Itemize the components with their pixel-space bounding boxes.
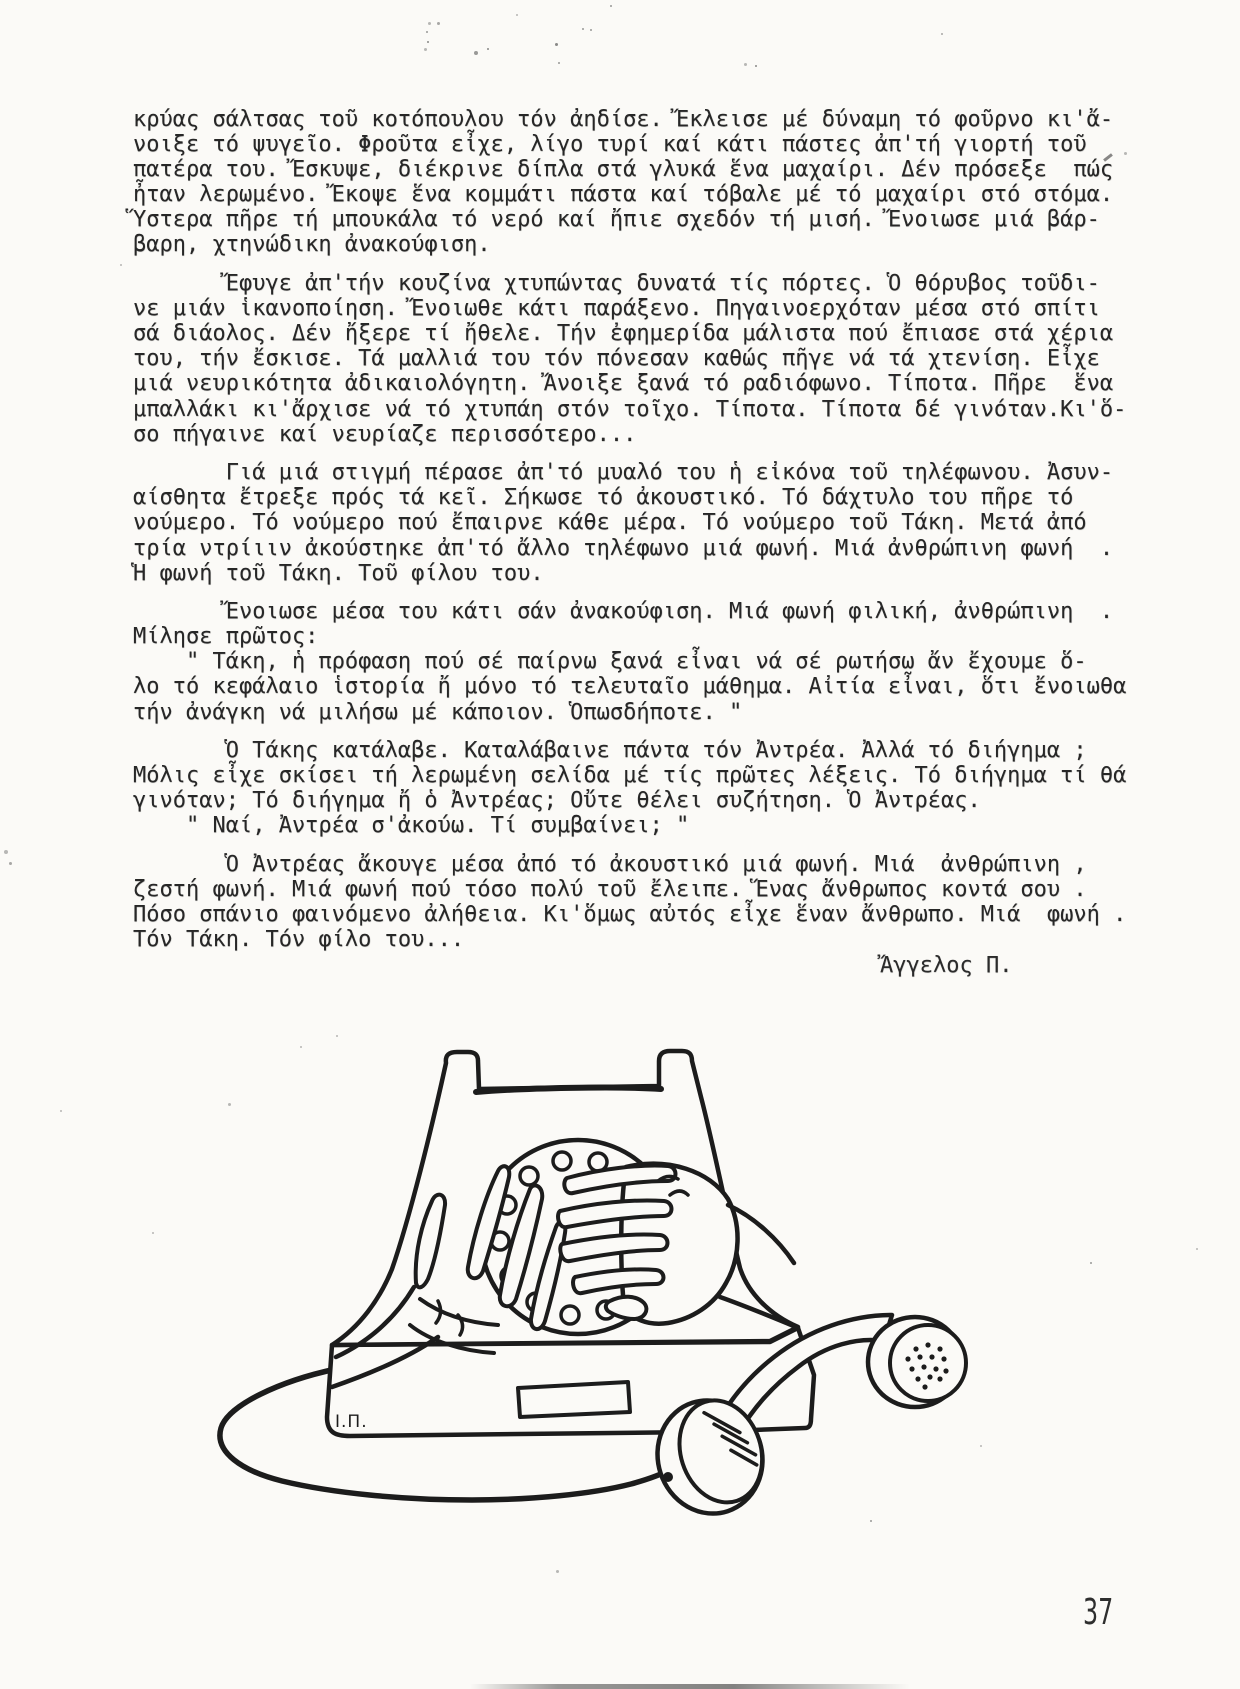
text-line: τήν ἀνάγκη νά μιλήσω μέ κάποιον. Ὁπωσδήπ…: [133, 700, 1126, 725]
scan-speck: [1196, 1248, 1198, 1250]
text-line: του, τήν ἔσκισε. Τά μαλλιά του τόν πόνεσ…: [133, 346, 1126, 371]
text-line: Τόν Τάκη. Τόν φίλο του...: [133, 927, 1126, 952]
scan-edge-artifact: [470, 1684, 910, 1689]
text-line: Γιά μιά στιγμή πέρασε ἀπ'τό μυαλό του ἡ …: [133, 460, 1126, 485]
text-line: πατέρα του. Ἔσκυψε, διέκρινε δίπλα στά γ…: [133, 157, 1126, 182]
text-line: Πόσο σπάνιο φαινόμενο ἀλήθεια. Κι'ὅμως α…: [133, 902, 1126, 927]
scan-speck: [590, 29, 592, 31]
base-label-slot: [518, 1382, 630, 1417]
scan-speck: [120, 264, 122, 266]
text-line: Μόλις εἶχε σκίσει τή λερωμένη σελίδα μέ …: [133, 763, 1126, 788]
text-line: αίσθητα ἔτρεξε πρός τά κεῖ. Σήκωσε τό ἀκ…: [133, 485, 1126, 510]
scan-speck: [474, 51, 478, 55]
text-line: μπαλλάκι κι'ἄρχισε νά τό χτυπάη στόν τοῖ…: [133, 397, 1126, 422]
paragraph: Ὁ Τάκης κατάλαβε. Καταλάβαινε πάντα τόν …: [133, 738, 1126, 838]
text-line: γινόταν; Τό διήγημα ἤ ὁ Ἀντρέας; Οὔτε θέ…: [133, 788, 1126, 813]
paragraph: Ὁ Ἀντρέας ἄκουγε μέσα ἀπό τό ἀκουστικό μ…: [133, 852, 1126, 952]
scan-speck: [516, 14, 518, 16]
scan-speck: [424, 48, 427, 51]
scan-speck: [582, 28, 584, 30]
scan-speck: [558, 62, 560, 64]
text-line: νοιξε τό ψυγεῖο. Φροῦτα εἶχε, λίγο τυρί …: [133, 132, 1126, 157]
cord-attach-dot: [663, 1472, 673, 1482]
scan-speck: [487, 48, 489, 50]
text-line: νούμερο. Τό νούμερο πού ἔπαιρνε κάθε μέρ…: [133, 510, 1126, 535]
text-line: ἦταν λερωμένο. Ἔκοψε ἕνα κομμάτι πάστα κ…: [133, 182, 1126, 207]
scan-speck: [437, 22, 440, 25]
text-line: νε μιάν ἱκανοποίηση. Ἔνοιωθε κάτι παράξε…: [133, 296, 1126, 321]
scan-speck: [555, 43, 558, 46]
scan-speck: [4, 850, 8, 854]
page-number: 37: [1083, 1592, 1113, 1633]
text-line: κρύας σάλτσας τοῦ κοτόπουλου τόν ἀηδίσε.…: [133, 107, 1126, 132]
paragraph: Γιά μιά στιγμή πέρασε ἀπ'τό μυαλό του ἡ …: [133, 460, 1126, 585]
text-line: Ὕστερα πῆρε τή μπουκάλα τό νερό καί ἤπιε…: [133, 207, 1126, 232]
scan-speck: [428, 22, 431, 25]
text-line: σά διάολος. Δέν ἤξερε τί ἤθελε. Τήν ἐφημ…: [133, 321, 1126, 346]
text-line: Ἔφυγε ἀπ'τήν κουζίνα χτυπώντας δυνατά τί…: [133, 271, 1126, 296]
paragraph: κρύας σάλτσας τοῦ κοτόπουλου τόν ἀηδίσε.…: [133, 107, 1126, 258]
scan-speck: [1090, 1262, 1092, 1264]
scan-speck: [610, 5, 612, 7]
text-block: κρύας σάλτσας τοῦ κοτόπουλου τόν ἀηδίσε.…: [133, 107, 1126, 952]
text-line: " Τάκη, ἡ πρόφαση πού σέ παίρνω ξανά εἶν…: [133, 649, 1126, 674]
scan-speck: [556, 1570, 559, 1573]
paragraph: Ἔφυγε ἀπ'τήν κουζίνα χτυπώντας δυνατά τί…: [133, 271, 1126, 447]
text-line: σο πήγαινε καί νευρίαζε περισσότερο...: [133, 422, 1126, 447]
scan-speck: [744, 63, 747, 66]
text-line: Ἔνοιωσε μέσα του κάτι σάν ἀνακούφιση. Μι…: [133, 599, 1126, 624]
handset-mouthpiece: [868, 1317, 966, 1407]
text-line: Ἡ φωνή τοῦ Τάκη. Τοῦ φίλου του.: [133, 561, 1126, 586]
scan-speck: [941, 33, 943, 35]
text-line: μιά νευρικότητα ἀδικαιολόγητη. Ἄνοιξε ξα…: [133, 371, 1126, 396]
text-line: " Ναί, Ἀντρέα σ'ἀκούω. Τί συμβαίνει; ": [133, 813, 1126, 838]
paragraph: Ἔνοιωσε μέσα του κάτι σάν ἀνακούφιση. Μι…: [133, 599, 1126, 724]
text-line: Μίλησε πρῶτος:: [133, 624, 1126, 649]
scan-speck: [9, 862, 12, 865]
text-line: Ὁ Τάκης κατάλαβε. Καταλάβαινε πάντα τόν …: [133, 738, 1126, 763]
text-line: βαρη, χτηνώδικη ἀνακούφιση.: [133, 232, 1126, 257]
artist-initials: Ι.Π.: [335, 1412, 368, 1432]
text-line: λο τό κεφάλαιο ἱστορία ἤ μόνο τό τελευτα…: [133, 674, 1126, 699]
text-line: ζεστή φωνή. Μιά φωνή πού τόσο πολύ τοῦ ἔ…: [133, 877, 1126, 902]
scan-speck: [426, 31, 428, 33]
scan-speck: [755, 65, 757, 67]
text-line: τρία ντρίιιν ἀκούστηκε ἀπ'τό ἄλλο τηλέφω…: [133, 536, 1126, 561]
text-line: Ὁ Ἀντρέας ἄκουγε μέσα ἀπό τό ἀκουστικό μ…: [133, 852, 1126, 877]
telephone-illustration: Ι.Π.: [70, 965, 1030, 1525]
scan-speck: [427, 41, 429, 43]
scan-speck: [60, 1110, 62, 1112]
scanned-page: κρύας σάλτσας τοῦ κοτόπουλου τόν ἀηδίσε.…: [0, 0, 1240, 1689]
